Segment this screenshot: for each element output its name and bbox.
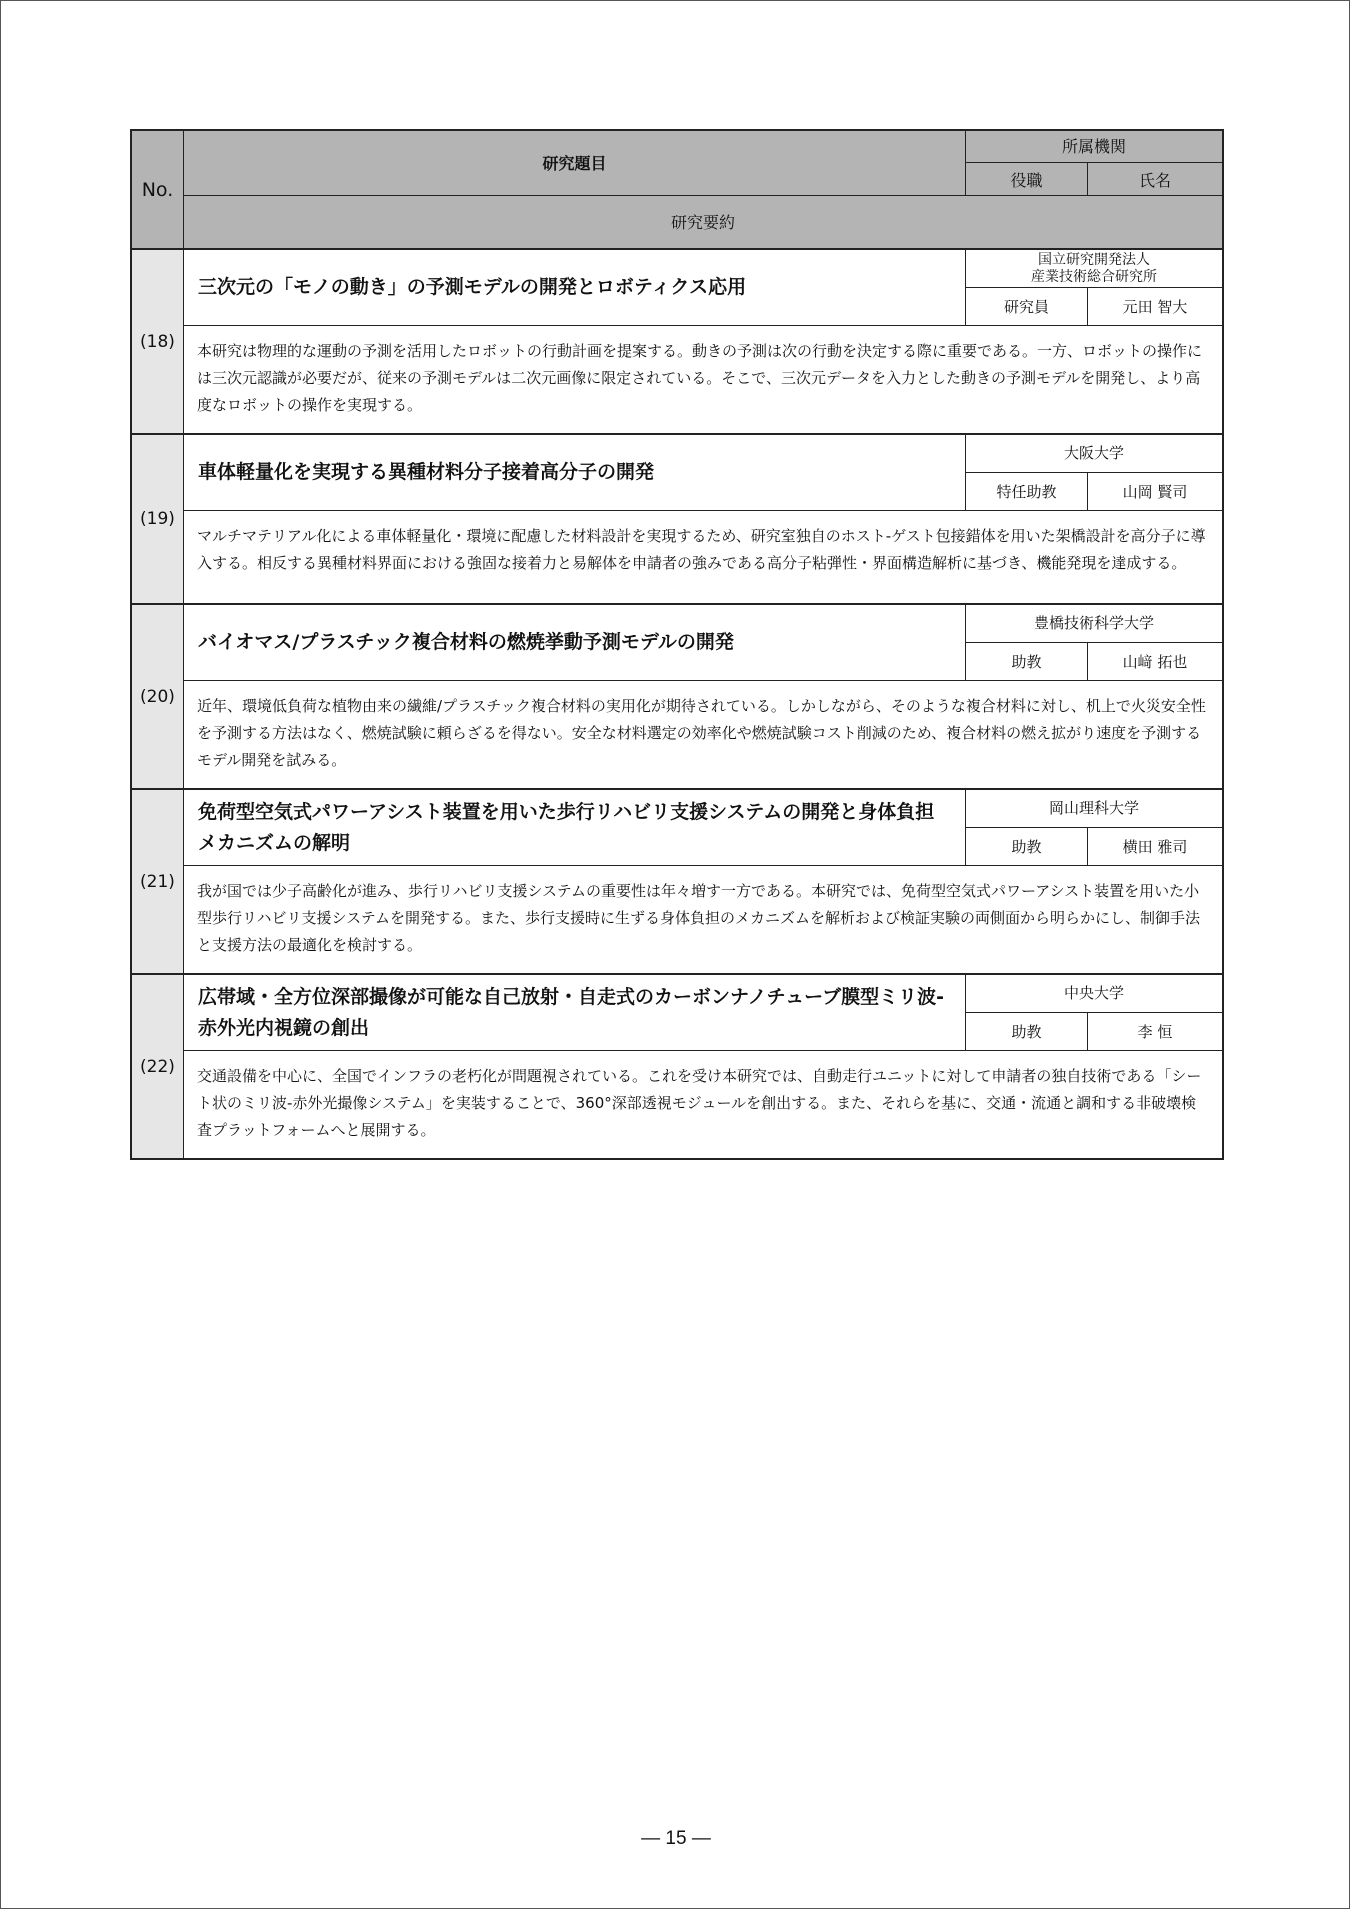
research-summary: 本研究は物理的な運動の予測を活用したロボットの行動計画を提案する。動きの予測は次… bbox=[184, 326, 1222, 433]
researcher-name: 李 恒 bbox=[1088, 1013, 1222, 1050]
research-title: 広帯域・全方位深部撮像が可能な自己放射・自走式のカーボンナノチューブ膜型ミリ波-… bbox=[184, 975, 966, 1050]
affiliation: 岡山理科大学 bbox=[966, 790, 1222, 828]
affiliation: 豊橋技術科学大学 bbox=[966, 605, 1222, 643]
table-row: (22) 広帯域・全方位深部撮像が可能な自己放射・自走式のカーボンナノチューブ膜… bbox=[132, 973, 1222, 1158]
researcher-name: 元田 智大 bbox=[1088, 288, 1222, 325]
position: 研究員 bbox=[966, 288, 1088, 325]
row-number: (22) bbox=[132, 975, 184, 1158]
research-title: 三次元の「モノの動き」の予測モデルの開発とロボティクス応用 bbox=[184, 250, 966, 325]
researcher-name: 山岡 賢司 bbox=[1088, 473, 1222, 510]
table-row: (21) 免荷型空気式パワーアシスト装置を用いた歩行リハビリ支援システムの開発と… bbox=[132, 788, 1222, 973]
header-name: 氏名 bbox=[1088, 163, 1222, 195]
row-number: (18) bbox=[132, 250, 184, 433]
affiliation: 大阪大学 bbox=[966, 435, 1222, 473]
research-table: No. 研究題目 所属機関 役職 氏名 研究要約 (18) 三次元の「モノの動き… bbox=[130, 129, 1224, 1160]
table-row: (19) 車体軽量化を実現する異種材料分子接着高分子の開発 大阪大学 特任助教 … bbox=[132, 433, 1222, 603]
position: 助教 bbox=[966, 1013, 1088, 1050]
page-number: — 15 — bbox=[1, 1828, 1350, 1850]
position: 助教 bbox=[966, 828, 1088, 865]
research-title: バイオマス/プラスチック複合材料の燃焼挙動予測モデルの開発 bbox=[184, 605, 966, 680]
researcher-name: 横田 雅司 bbox=[1088, 828, 1222, 865]
research-title: 車体軽量化を実現する異種材料分子接着高分子の開発 bbox=[184, 435, 966, 510]
header-affiliation: 所属機関 bbox=[966, 131, 1222, 163]
header-no: No. bbox=[132, 131, 184, 248]
row-number: (21) bbox=[132, 790, 184, 973]
header-summary: 研究要約 bbox=[184, 196, 1222, 248]
header-title: 研究題目 bbox=[184, 131, 966, 195]
research-summary: マルチマテリアル化による車体軽量化・環境に配慮した材料設計を実現するため、研究室… bbox=[184, 511, 1222, 603]
position: 特任助教 bbox=[966, 473, 1088, 510]
table-header: No. 研究題目 所属機関 役職 氏名 研究要約 bbox=[132, 131, 1222, 248]
research-title: 免荷型空気式パワーアシスト装置を用いた歩行リハビリ支援システムの開発と身体負担メ… bbox=[184, 790, 966, 865]
research-summary: 我が国では少子高齢化が進み、歩行リハビリ支援システムの重要性は年々増す一方である… bbox=[184, 866, 1222, 973]
affiliation: 中央大学 bbox=[966, 975, 1222, 1013]
table-row: (18) 三次元の「モノの動き」の予測モデルの開発とロボティクス応用 国立研究開… bbox=[132, 248, 1222, 433]
table-row: (20) バイオマス/プラスチック複合材料の燃焼挙動予測モデルの開発 豊橋技術科… bbox=[132, 603, 1222, 788]
row-number: (20) bbox=[132, 605, 184, 788]
researcher-name: 山﨑 拓也 bbox=[1088, 643, 1222, 680]
research-summary: 交通設備を中心に、全国でインフラの老朽化が問題視されている。これを受け本研究では… bbox=[184, 1051, 1222, 1158]
row-number: (19) bbox=[132, 435, 184, 603]
position: 助教 bbox=[966, 643, 1088, 680]
header-position: 役職 bbox=[966, 163, 1088, 195]
affiliation: 国立研究開発法人 産業技術総合研究所 bbox=[966, 250, 1222, 288]
research-summary: 近年、環境低負荷な植物由来の繊維/プラスチック複合材料の実用化が期待されている。… bbox=[184, 681, 1222, 788]
